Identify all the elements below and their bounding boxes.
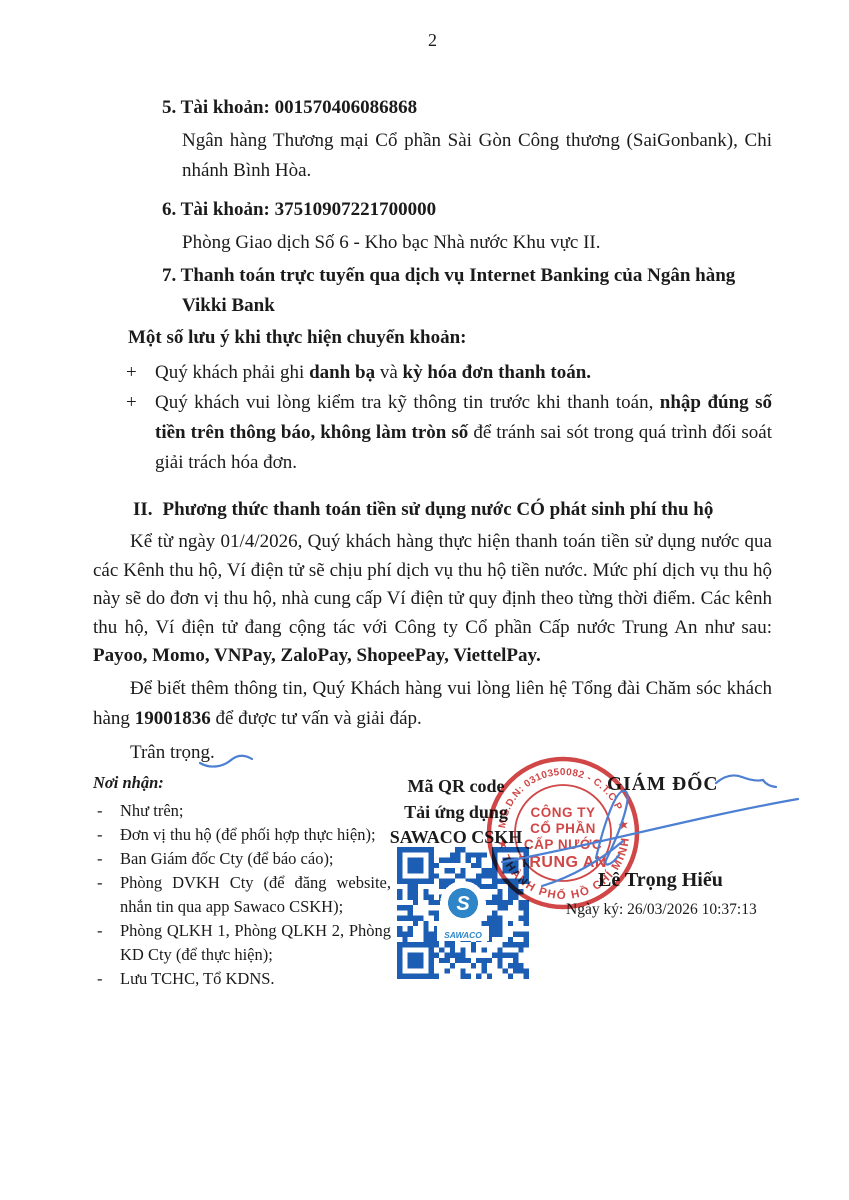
qr-code: SSAWACO	[397, 847, 529, 979]
qr-caption: Mã QR code Tải ứng dụng SAWACO CSKH	[378, 774, 534, 851]
recipient-text: Phòng DVKH Cty (để đăng website, nhắn ti…	[120, 873, 391, 916]
list-item: -Phòng DVKH Cty (để đăng website, nhắn t…	[93, 871, 391, 919]
wallet-list-bold: Payoo, Momo, VNPay, ZaloPay, ShopeePay, …	[93, 645, 541, 666]
account-6-heading: 6. Tài khoản: 37510907221700000	[162, 195, 772, 225]
section-2-number: II.	[133, 499, 153, 520]
seal-line-4: TRUNG AN	[519, 854, 607, 871]
seal-line-1: CÔNG TY	[530, 805, 595, 820]
svg-text:S: S	[456, 893, 470, 915]
seal-ring-top-text: M.S.D.N: 0310350082 - C.T.C.P	[489, 758, 624, 831]
note2-text: Quý khách vui lòng kiểm tra kỹ thông tin…	[155, 392, 660, 413]
page-number: 2	[93, 28, 772, 53]
seal-star-left: ★	[497, 838, 509, 851]
qr-caption-line2: Tải ứng dụng	[378, 800, 534, 826]
section-2-paragraph: Kể từ ngày 01/4/2026, Quý khách hàng thự…	[93, 528, 772, 671]
recipient-text: Như trên;	[120, 801, 183, 820]
list-item: -Ban Giám đốc Cty (để báo cáo);	[93, 847, 391, 871]
note1-bold2: kỳ hóa đơn thanh toán.	[403, 362, 591, 383]
document-page: 2 5. Tài khoản: 001570406086868 Ngân hàn…	[0, 0, 849, 1200]
recipient-text: Phòng QLKH 1, Phòng QLKH 2, Phòng KD Cty…	[120, 921, 391, 964]
seal-line-3: CẤP NƯỚC	[524, 837, 602, 852]
note1-bold1: danh bạ	[309, 362, 375, 383]
company-seal-icon: M.S.D.N: 0310350082 - C.T.C.P THÀNH PHỐ …	[484, 754, 642, 912]
dash-marker: -	[97, 967, 103, 991]
recipients-list: -Như trên; -Đơn vị thu hộ (để phối hợp t…	[93, 799, 391, 991]
account-6-bank: Phòng Giao dịch Số 6 - Kho bạc Nhà nước …	[182, 228, 772, 258]
section-2-heading: II.Phương thức thanh toán tiền sử dụng n…	[133, 495, 772, 525]
recipients-block: Nơi nhận: -Như trên; -Đơn vị thu hộ (để …	[93, 771, 391, 991]
closing-salutation: Trân trọng.	[130, 738, 772, 768]
svg-text:SAWACO: SAWACO	[444, 930, 482, 940]
recipients-heading: Nơi nhận:	[93, 771, 391, 795]
recipient-text: Đơn vị thu hộ (để phối hợp thực hiện);	[120, 825, 376, 844]
qr-caption-line1: Mã QR code	[378, 774, 534, 800]
signing-date: Ngày ký: 26/03/2026 10:37:13	[566, 901, 757, 919]
transfer-notes-list: +Quý khách phải ghi danh bạ và kỳ hóa đơ…	[93, 358, 772, 478]
seal-line-2: CỔ PHẦN	[530, 821, 596, 836]
dash-marker: -	[97, 919, 103, 943]
contact-paragraph: Để biết thêm thông tin, Quý Khách hàng v…	[93, 674, 772, 734]
director-name: Lê Trọng Hiếu	[598, 869, 723, 892]
account-5-bank: Ngân hàng Thương mại Cổ phần Sài Gòn Côn…	[182, 126, 772, 186]
dash-marker: -	[97, 823, 103, 847]
hotline-number: 19001836	[135, 708, 211, 729]
plus-marker: +	[126, 358, 137, 388]
seal-ring-bottom-text: THÀNH PHỐ HỒ CHÍ MINH	[498, 834, 640, 912]
director-title: GIÁM ĐỐC	[607, 774, 718, 796]
qr-code-icon: SSAWACO	[397, 847, 529, 979]
note1-text: Quý khách phải ghi	[155, 362, 309, 383]
dash-marker: -	[97, 799, 103, 823]
transfer-notes-heading: Một số lưu ý khi thực hiện chuyển khoản:	[128, 323, 772, 353]
dash-marker: -	[97, 871, 103, 895]
recipient-text: Ban Giám đốc Cty (để báo cáo);	[120, 849, 334, 868]
svg-text:M.S.D.N: 0310350082 - C.T.C.P: M.S.D.N: 0310350082 - C.T.C.P	[489, 758, 624, 831]
recipient-text: Lưu TCHC, Tổ KDNS.	[120, 969, 275, 988]
note1-mid: và	[375, 362, 402, 383]
contact-post: để được tư vấn và giải đáp.	[211, 708, 422, 729]
svg-text:THÀNH PHỐ HỒ CHÍ MINH: THÀNH PHỐ HỒ CHÍ MINH	[498, 834, 640, 912]
account-5-heading: 5. Tài khoản: 001570406086868	[162, 93, 772, 123]
list-item: -Lưu TCHC, Tổ KDNS.	[93, 967, 391, 991]
list-item: -Đơn vị thu hộ (để phối hợp thực hiện);	[93, 823, 391, 847]
dash-marker: -	[97, 847, 103, 871]
document-body: 2 5. Tài khoản: 001570406086868 Ngân hàn…	[0, 0, 849, 768]
qr-caption-line3: SAWACO CSKH	[378, 825, 534, 851]
plus-marker: +	[126, 388, 137, 418]
list-item: +Quý khách phải ghi danh bạ và kỳ hóa đơ…	[93, 358, 772, 388]
list-item: +Quý khách vui lòng kiểm tra kỹ thông ti…	[93, 388, 772, 478]
section-2-title: Phương thức thanh toán tiền sử dụng nước…	[163, 499, 714, 520]
list-item: -Như trên;	[93, 799, 391, 823]
method-7-heading: 7. Thanh toán trực tuyến qua dịch vụ Int…	[162, 261, 772, 321]
list-item: -Phòng QLKH 1, Phòng QLKH 2, Phòng KD Ct…	[93, 919, 391, 967]
seal-star-right: ★	[618, 819, 630, 832]
section-2-text: Kể từ ngày 01/4/2026, Quý khách hàng thự…	[93, 531, 772, 638]
